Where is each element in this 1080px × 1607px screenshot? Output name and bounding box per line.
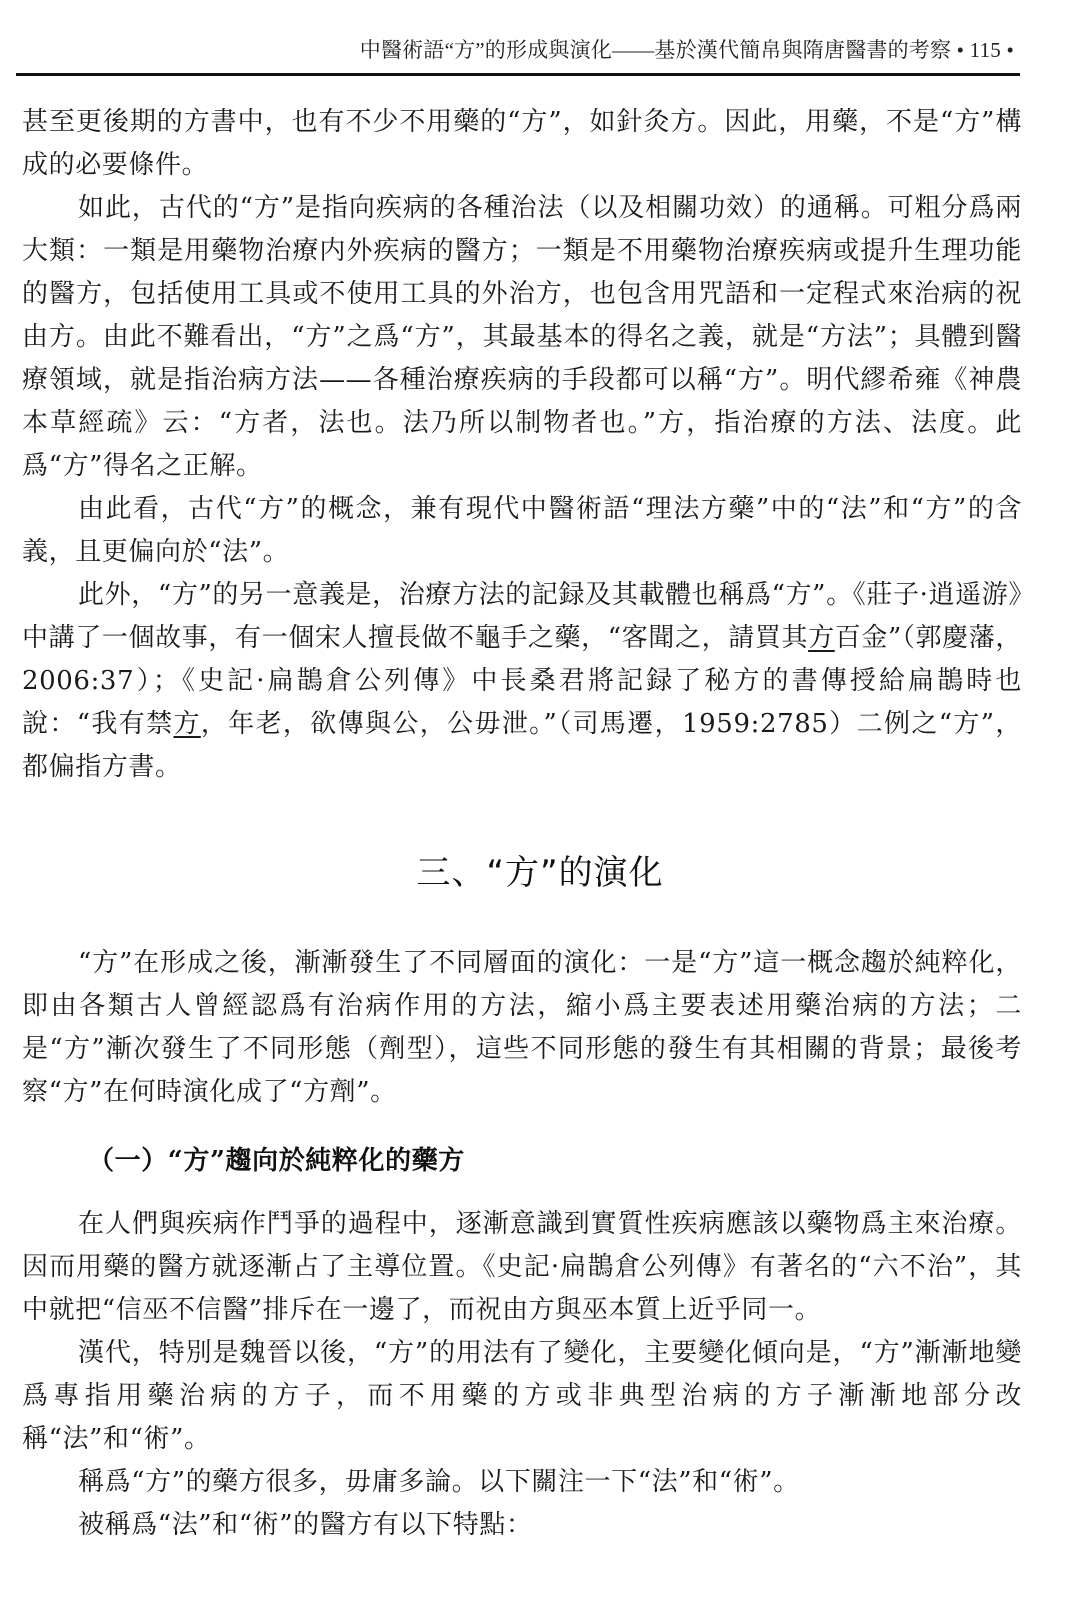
subsection-body: 在人們與疾病作鬥爭的過程中，逐漸意識到實質性疾病應該以藥物爲主來治療。因而用藥的… [22,1203,1022,1547]
paragraph: 如此，古代的“方”是指向疾病的各種治法（以及相關功效）的通稱。可粗分爲兩大類：一… [22,187,1022,488]
paragraph: 甚至更後期的方書中，也有不少不用藥的“方”，如針灸方。因此，用藥，不是“方”構成… [22,101,1022,187]
paragraph: 漢代，特別是魏晉以後，“方”的用法有了變化，主要變化傾向是，“方”漸漸地變爲專指… [22,1332,1022,1461]
paragraph: 在人們與疾病作鬥爭的過程中，逐漸意識到實質性疾病應該以藥物爲主來治療。因而用藥的… [22,1203,1022,1332]
subsection-heading: （一）“方”趨向於純粹化的藥方 [88,1140,465,1177]
section-intro: “方”在形成之後，漸漸發生了不同層面的演化：一是“方”這一概念趨於純粹化，即由各… [22,942,1022,1114]
underlined-term: 方 [808,623,835,653]
running-header: 中醫術語“方”的形成與演化——基於漢代簡帛與隋唐醫書的考察 • 115 • [360,34,1014,64]
header-rule [16,73,1020,76]
paragraph: 此外，“方”的另一意義是，治療方法的記録及其載體也稱爲“方”。《莊子·逍遥游》中… [22,574,1022,789]
underlined-term: 方 [173,709,200,739]
paragraph: “方”在形成之後，漸漸發生了不同層面的演化：一是“方”這一概念趨於純粹化，即由各… [22,942,1022,1114]
paragraph: 由此看，古代“方”的概念，兼有現代中醫術語“理法方藥”中的“法”和“方”的含義，… [22,488,1022,574]
paragraph: 被稱爲“法”和“術”的醫方有以下特點： [22,1504,1022,1547]
running-title: 中醫術語“方”的形成與演化——基於漢代簡帛與隋唐醫書的考察 [360,38,951,62]
body-block-1: 甚至更後期的方書中，也有不少不用藥的“方”，如針灸方。因此，用藥，不是“方”構成… [22,101,1022,789]
page-number: • 115 • [957,38,1014,62]
section-heading: 三、“方”的演化 [0,845,1080,894]
paragraph: 稱爲“方”的藥方很多，毋庸多論。以下關注一下“法”和“術”。 [22,1461,1022,1504]
